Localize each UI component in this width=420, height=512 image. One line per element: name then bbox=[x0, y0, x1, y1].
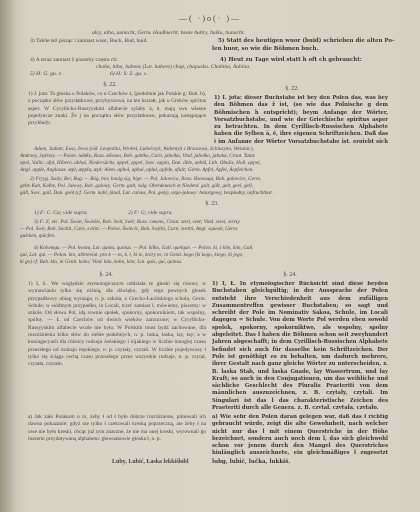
note-2-line-2: gäll, Svec. gall, Dan. gold (cf. Germ. k… bbox=[20, 190, 273, 197]
top-line-2-right: len huor, so wie die Böhmen buch. bbox=[212, 46, 318, 53]
book-spine-shadow bbox=[0, 0, 14, 512]
top-line-1-left: 3) Takůe tež pisząc i zamiast wuor, Buch… bbox=[30, 38, 148, 45]
section-23-note-2: 2) F: G; vide supra. bbox=[128, 210, 173, 217]
top-line-5-left: 5) H: G. gu. v. bbox=[30, 71, 62, 78]
note-2-line-1: gelte Kuh, Kalbe, Pol. Jałowy, Boh. galo… bbox=[20, 183, 253, 190]
examples-line-0: Adam, Jadam; Ewa, Jewa (vid. Leopolita, … bbox=[34, 146, 254, 153]
section-23-note-3-line-1: — Pol. Świt, Boh. Swititi, Carn. svititi… bbox=[20, 226, 238, 233]
section-23-note-4-line-0: 4) Kolwmgu. — Pol. kwota, Lat. quota, qu… bbox=[34, 245, 254, 252]
section-23-note-4-line-2: ki go) cf. Boh. kto, in Genit. koho; Vin… bbox=[20, 259, 182, 266]
page-header-ornament: —( ·)o(· )— bbox=[0, 14, 420, 23]
examples-line-2: apol, Vallic. afal, Hibern. abhal, Niede… bbox=[20, 160, 261, 167]
section-23-note-1: 1) F: C. Ca; vide supra. bbox=[34, 210, 88, 217]
section-22-right-text: 1) I. jota: dieser Buchstabe ist bey den… bbox=[214, 95, 388, 143]
catchword: Luby, Lubić, Łaska lekkiślubl bbox=[112, 459, 189, 465]
section-23-note-4-line-1: qui, Lat. qui. — Polon. kto, abbreviat. … bbox=[20, 252, 244, 259]
section-23-note-3-line-2: quicken, quicfen. bbox=[20, 233, 55, 240]
top-line-0: ulcy, ulha, uunacht, Germ. Haußnecht; he… bbox=[92, 30, 245, 37]
top-line-3-right: 4) Heut zu Tage wird statt h oft ch gebr… bbox=[220, 57, 362, 64]
note-2-line-0: 2) Fryyg. Szaly, Ber, Bog. — Bög, bov, b… bbox=[30, 176, 261, 183]
top-line-1-right: 5) Statt des heutigen wuor (buid) schrie… bbox=[218, 38, 394, 45]
section-24-right-note: a) Wie sehr den Polen daran gelegen war,… bbox=[212, 414, 388, 458]
book-page: —( ·)o(· )— ulcy, ulha, uunacht, Germ. H… bbox=[0, 0, 420, 512]
section-24-heading-right: §. 24. bbox=[260, 272, 320, 278]
section-24-heading-left: §. 24. bbox=[76, 272, 136, 278]
section-22-left-text: 1) J. jota: To głoska u Polaków, co u Cz… bbox=[28, 91, 206, 139]
section-22-heading-left: §. 22. bbox=[80, 82, 140, 88]
section-23-heading: §. 23. bbox=[182, 201, 242, 207]
examples-line-3: Angl. apple, Anglosax. æpl, æppla, æpl: … bbox=[20, 167, 254, 174]
section-24-left-note: a) Jak zało Polakom o to, żeby ł od ł by… bbox=[28, 414, 206, 458]
section-24-right-text: 1) I, Ł. In etymologischer Rücksicht sin… bbox=[212, 281, 388, 409]
section-24-left-text: 1) I, Ł. We względzie etymologicznym odd… bbox=[28, 281, 206, 397]
top-line-3-left: 4) A teraz zamiast ž piszemy często ch: bbox=[30, 57, 118, 64]
section-23-note-3-line-0: 3) F: Z; etc. Pol. Świat, Świeżie, Boh. … bbox=[34, 219, 241, 226]
examples-line-1: Andrzey, Jędrzey. — Polon. iabłko, Ross.… bbox=[20, 153, 255, 160]
top-line-5-mid: 6) H: S: Z. gu. v. bbox=[110, 71, 147, 78]
section-24-right-note-end: lubg, lubič, lučka, lukkiš. bbox=[212, 459, 290, 466]
section-22-heading-right: §. 22. bbox=[262, 86, 322, 92]
top-line-4: chaba, hiba, habens (Lat. habere) chap, … bbox=[96, 64, 250, 71]
